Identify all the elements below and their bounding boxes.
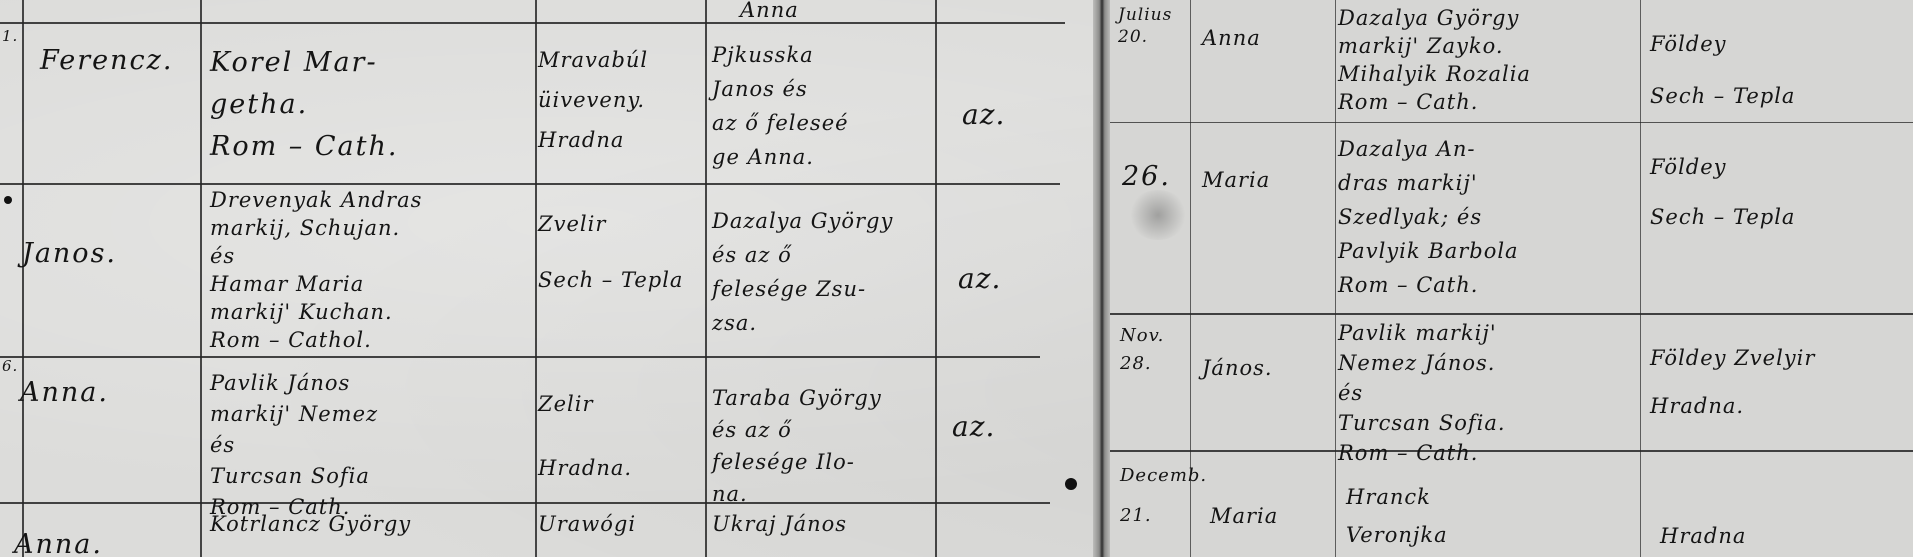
column-rule bbox=[535, 0, 537, 557]
place: Zelir Hradna. bbox=[538, 372, 632, 500]
child-name: Anna. bbox=[14, 528, 103, 557]
column-rule bbox=[1640, 0, 1641, 557]
top-fragment: Anna bbox=[740, 0, 799, 27]
row-rule bbox=[1110, 122, 1913, 123]
ink-blot bbox=[1065, 478, 1077, 490]
godparents: Hradna bbox=[1660, 520, 1746, 553]
parents: Dazalya An- dras markij' Szedlyak; és Pa… bbox=[1338, 132, 1519, 302]
column-rule bbox=[200, 0, 202, 557]
child-name: Anna. bbox=[20, 376, 109, 409]
column-rule bbox=[1335, 0, 1336, 557]
ink-dot bbox=[4, 196, 12, 204]
godparents: Földey Sech – Tepla bbox=[1650, 142, 1795, 242]
left-page: Anna 1. Ferencz. Korel Mar- getha. Rom –… bbox=[0, 0, 1095, 557]
scanned-register: Anna 1. Ferencz. Korel Mar- getha. Rom –… bbox=[0, 0, 1913, 557]
column-rule bbox=[22, 0, 24, 557]
godparents: Földey Zvelyir Hradna. bbox=[1650, 334, 1815, 430]
date: Decemb. 21. bbox=[1120, 456, 1207, 536]
mark: az. bbox=[958, 262, 1001, 295]
book-binding-gutter bbox=[1093, 0, 1111, 557]
entry-number: 6. bbox=[2, 356, 18, 376]
parents: Dazalya György markij' Zayko. Mihalyik R… bbox=[1338, 4, 1531, 116]
parents: Hranck Veronjka bbox=[1346, 478, 1448, 554]
row-rule bbox=[0, 356, 1040, 358]
right-page: Julius 20. Anna Dazalya György markij' Z… bbox=[1110, 0, 1913, 557]
godparents: Dazalya György és az ő felesége Zsu- zsa… bbox=[712, 204, 893, 340]
child-name: Maria bbox=[1202, 164, 1270, 197]
parents: Pavlik markij' Nemez János. és Turcsan S… bbox=[1338, 318, 1506, 468]
ink-smudge bbox=[1128, 190, 1188, 240]
column-rule bbox=[935, 0, 937, 557]
place: Zvelir Sech – Tepla bbox=[538, 196, 683, 308]
child-name: Anna bbox=[1202, 22, 1261, 55]
row-rule bbox=[1110, 450, 1913, 452]
mark: az. bbox=[952, 410, 995, 443]
row-rule bbox=[0, 183, 1060, 185]
place: Urawógi bbox=[538, 508, 636, 541]
child-name: János. bbox=[1202, 352, 1273, 385]
child-name: Janos. bbox=[22, 237, 117, 270]
mark: az. bbox=[962, 98, 1005, 131]
row-rule bbox=[0, 502, 1050, 504]
parents: Kotrlancz György bbox=[210, 508, 411, 541]
place: Mravabúl üiveveny. Hradna bbox=[538, 40, 648, 160]
column-rule bbox=[705, 0, 707, 557]
row-rule bbox=[1110, 313, 1913, 315]
row-rule bbox=[0, 22, 1065, 24]
date: Julius 20. bbox=[1118, 4, 1172, 48]
parents: Pavlik János markij' Nemez és Turcsan So… bbox=[210, 368, 378, 523]
child-name: Maria bbox=[1210, 500, 1278, 533]
parents: Drevenyak Andras markij, Schujan. és Ham… bbox=[210, 186, 422, 354]
date: Nov. 28. bbox=[1120, 322, 1164, 378]
godparents: Pjkusska Janos és az ő feleseé ge Anna. bbox=[712, 38, 849, 174]
godparents: Taraba György és az ő felesége Ilo- na. bbox=[712, 382, 882, 510]
date: 26. bbox=[1122, 160, 1171, 193]
entry-number: 1. bbox=[2, 26, 18, 46]
parents: Korel Mar- getha. Rom – Cath. bbox=[210, 42, 398, 168]
child-name: Ferencz. bbox=[40, 44, 173, 77]
godparents: Ukraj János bbox=[712, 508, 847, 541]
godparents: Földey Sech – Tepla bbox=[1650, 18, 1795, 122]
